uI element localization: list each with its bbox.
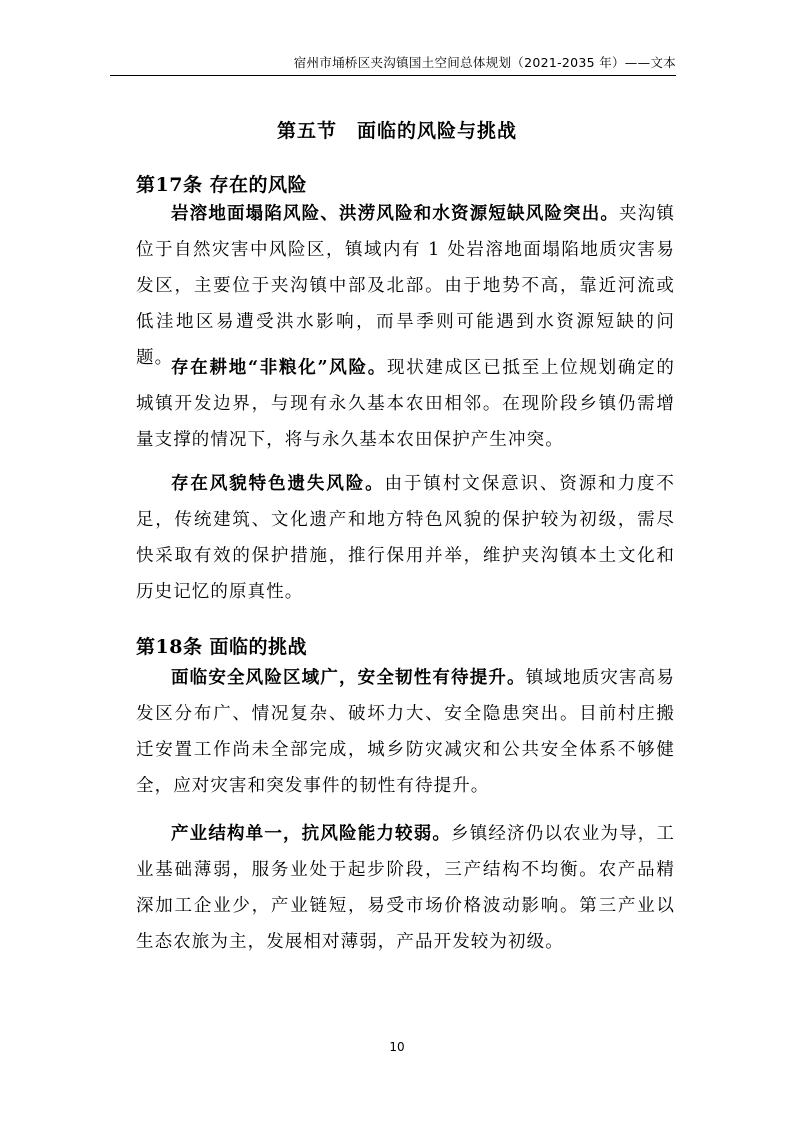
paragraph-lead: 产业结构单一，抗风险能力较弱。 bbox=[171, 824, 451, 844]
paragraph-lead: 存在耕地“非粮化”风险。 bbox=[171, 358, 387, 378]
article-title-17: 第17条 存在的风险 bbox=[136, 170, 307, 197]
paragraph: 面临安全风险区域广，安全韧性有待提升。镇域地质灾害高易发区分布广、情况复杂、破坏… bbox=[136, 660, 675, 804]
running-header: 宿州市埇桥区夹沟镇国土空间总体规划（2021-2035 年）——文本 bbox=[110, 55, 676, 76]
paragraph-lead: 面临安全风险区域广，安全韧性有待提升。 bbox=[171, 668, 526, 688]
article-title-18: 第18条 面临的挑战 bbox=[136, 632, 307, 659]
paragraph: 岩溶地面塌陷风险、洪涝风险和水资源短缺风险突出。夹沟镇位于自然灾害中风险区，镇域… bbox=[136, 196, 675, 376]
section-title: 第五节 面临的风险与挑战 bbox=[0, 116, 794, 143]
paragraph: 产业结构单一，抗风险能力较弱。乡镇经济仍以农业为导，工业基础薄弱，服务业处于起步… bbox=[136, 816, 675, 960]
paragraph: 存在风貌特色遗失风险。由于镇村文保意识、资源和力度不足，传统建筑、文化遗产和地方… bbox=[136, 466, 675, 610]
paragraph-body: 夹沟镇位于自然灾害中风险区，镇域内有 1 处岩溶地面塌陷地质灾害易发区，主要位于… bbox=[136, 204, 675, 368]
paragraph-lead: 岩溶地面塌陷风险、洪涝风险和水资源短缺风险突出。 bbox=[171, 204, 619, 224]
page-number: 10 bbox=[0, 1040, 794, 1054]
paragraph-lead: 存在风貌特色遗失风险。 bbox=[171, 474, 385, 494]
paragraph: 存在耕地“非粮化”风险。现状建成区已抵至上位规划确定的城镇开发边界，与现有永久基… bbox=[136, 350, 675, 458]
